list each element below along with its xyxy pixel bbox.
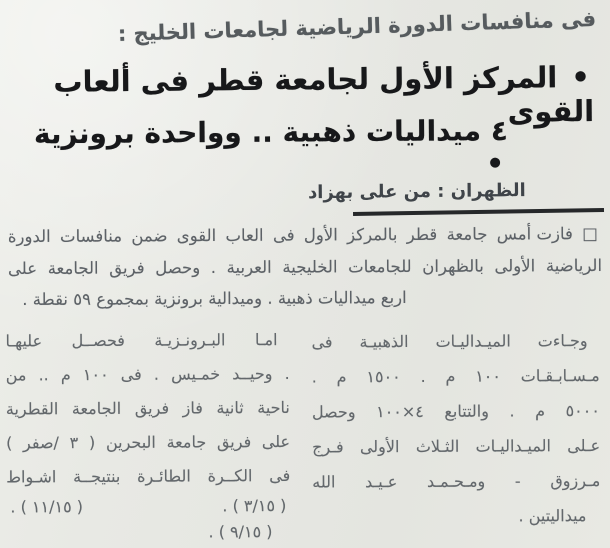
set-score-3: . ( ٩/١٥ ): [208, 522, 272, 541]
kicker-line: فى منافسات الدورة الرياضية لجامعات الخلي…: [18, 7, 596, 49]
set-scores-row-2: . ( ٩/١٥ ): [6, 519, 290, 546]
column-right-line-4: عـلى الميـداليـات الثـلاث الأولى فـرج: [312, 428, 600, 465]
column-left-line-1: امـا البـرونـزيـة فحصــل عليهـا: [5, 323, 289, 358]
lead-line-2: الرياضية الأولى بالظهران للجامعات الخليج…: [8, 250, 602, 285]
column-right-line-5: مـرزوق - ومـحـمـد عـيـد الله: [312, 463, 600, 500]
column-left-line-5: فى الكــرة الطائـرة بنتيجــة اشـواط: [6, 459, 290, 494]
match-score: ( ٣ /صفر ): [6, 433, 95, 452]
lead-line-3: اربع ميداليات ذهبية . وميدالية برونزية ب…: [8, 281, 602, 316]
column-left: امـا البـرونـزيـة فحصــل عليهـا . وحيــد…: [5, 323, 290, 546]
headline-line-2-text: ٤ ميداليات ذهبية .. وواحدة برونزية: [34, 114, 508, 150]
lead-line-1-text: فازت أمس جامعة قطر بالمركز الأول فى العا…: [8, 224, 573, 246]
headline-line-2: ٤ ميداليات ذهبية .. وواحدة برونزية •: [10, 114, 508, 183]
column-left-line-4: على فريق جامعة البحرين ( ٣ /صفر ): [6, 425, 290, 460]
column-left-line-3: ناحية ثانية فاز فريق الجامعة القطرية: [6, 391, 290, 426]
set-score-2: . ( ١١/١٥ ): [10, 494, 83, 520]
byline: الظهران : من على بهزاد: [308, 180, 526, 203]
set-score-1: . ( ٣/١٥ ): [222, 493, 286, 519]
square-bullet-icon: □: [582, 224, 602, 243]
round-bullet-icon: •: [486, 147, 504, 180]
column-right-line-1: وجـاءت الميـداليـات الذهبيـة فى: [311, 323, 599, 360]
byline-underline: [353, 208, 604, 216]
column-right-line-3: ٥٠٠٠ م . والتتابع ٤×١٠٠ وحصل: [312, 393, 600, 430]
set-scores-row: . ( ٣/١٥ ) . ( ١١/١٥ ): [6, 493, 290, 520]
column-right: وجـاءت الميـداليـات الذهبيـة فى مـسـابـق…: [311, 323, 600, 535]
column-right-line-6: ميداليتين .: [312, 498, 600, 535]
round-bullet-icon: •: [571, 60, 590, 94]
lead-line-1: □ فازت أمس جامعة قطر بالمركز الأول فى ال…: [8, 218, 602, 253]
newspaper-clipping: فى منافسات الدورة الرياضية لجامعات الخلي…: [0, 0, 610, 548]
column-left-line-4-text: على فريق جامعة البحرين: [106, 432, 290, 452]
column-left-line-2: . وحيــد خمـيس . فى ١٠٠ م .. من: [6, 357, 290, 392]
column-right-line-2: مـسـابـقـات ١٠٠ م . ١٥٠٠ م .: [312, 358, 600, 395]
lead-paragraph: □ فازت أمس جامعة قطر بالمركز الأول فى ال…: [8, 218, 602, 316]
